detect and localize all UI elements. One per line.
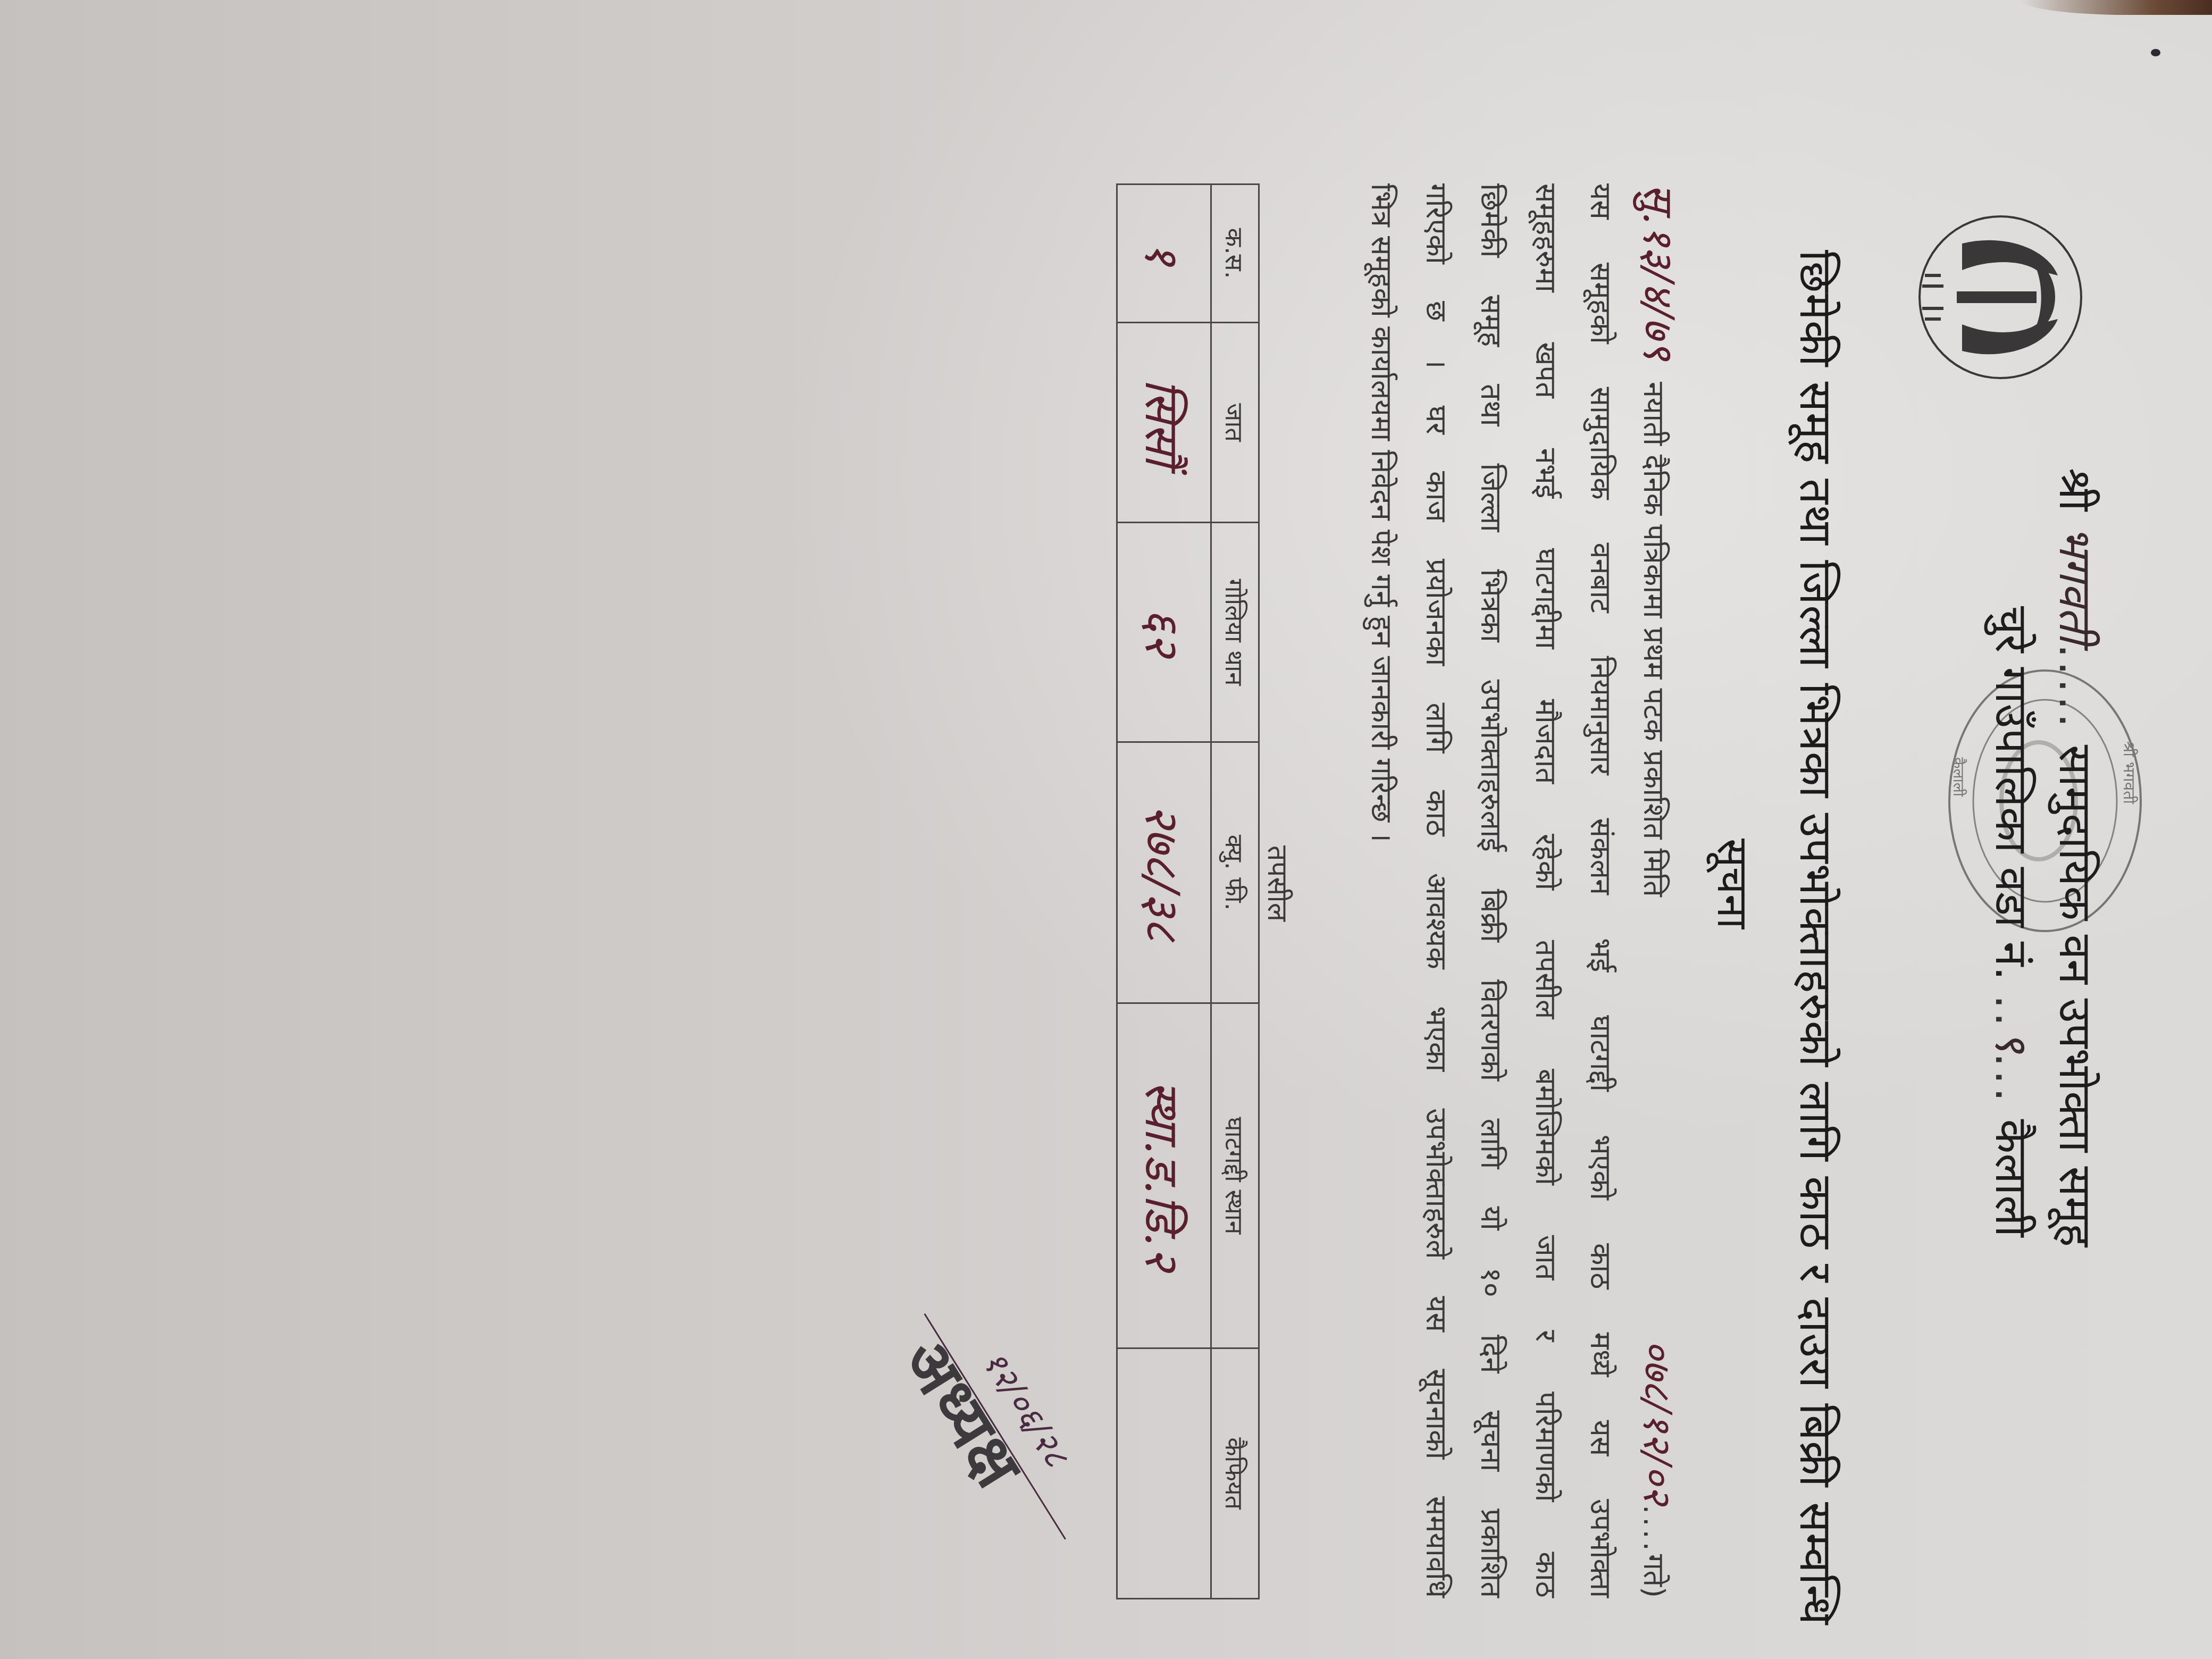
header-district: कैलाली (1985, 1119, 2038, 1237)
header-serial-no: क.स. (1211, 185, 1259, 323)
body-line-6: भित्र समूहको कार्यालयमा निवेदन पेश गर्नु… (1365, 183, 1397, 1598)
body-line-1-end: गते) (1637, 1554, 1671, 1598)
cell-serial-no: १ (1117, 185, 1211, 323)
publish-date-handwritten: ०७८/१२/०२ (1640, 1339, 1674, 1505)
dotted-fill: .... (1637, 1505, 1671, 1554)
svg-text:श्री भगवती: श्री भगवती (2119, 741, 2138, 805)
body-line-4: छिमेकी समूह तथा जिल्ला भित्रका उपभोक्ताह… (1475, 183, 1507, 1598)
cell-species: सिसौं (1117, 323, 1211, 523)
reference-number-handwritten: सु.१३/४/७९ (1641, 183, 1675, 361)
dotted-fill: ..... (2049, 644, 2101, 731)
cell-depot-location: स्था.ड.डि.२ (1117, 1003, 1211, 1348)
header-remarks: कैफियत (1211, 1348, 1259, 1599)
ward-number-handwritten: ९ (1985, 1029, 2038, 1053)
community-forest-emblem-icon (1905, 212, 2095, 383)
header-prefix: श्री (2049, 468, 2101, 511)
body-line-5: गरिएको छ । घर काज प्रयोजनका लागि काठ आवश… (1420, 183, 1452, 1598)
document-title: छिमेकी समूह तथा जिल्ला भित्रका उपभोक्ताह… (1792, 250, 1840, 1625)
header-log-count: गोलिया थान (1211, 523, 1259, 742)
chairperson-signature-block: १२/०६/२८ अध्यक्ष (856, 1313, 1005, 1526)
notice-heading: सूचना (1710, 839, 1755, 929)
dotted-fill: .. (1985, 995, 2038, 1029)
header-species: जात (1211, 323, 1259, 523)
header-line-2: चुरे गाउँपालिका वडा नं. ..९... कैलाली (1989, 606, 2034, 1237)
svg-text:कैलाली: कैलाली (1950, 757, 1967, 797)
table-row: १ सिसौं ६२ २७८/३८ स्था.ड.डि.२ (1117, 185, 1211, 1599)
timber-details-table: क.स. जात गोलिया थान क्यु. फी. घाटगद्दी स… (1116, 183, 1260, 1599)
body-line-2: यस समूहको सामुदायिक वनबाट नियमानुसार संक… (1585, 183, 1616, 1598)
header-cubic-feet: क्यु. फी. (1211, 742, 1259, 1003)
group-name-handwritten: भगवती (2049, 525, 2101, 644)
dotted-fill: ... (1985, 1053, 2038, 1105)
notice-document: श्री भगवती कैलाली श्री भगवती..... सामुदा… (0, 0, 2212, 1659)
table-header-row: क.स. जात गोलिया थान क्यु. फी. घाटगद्दी स… (1211, 185, 1259, 1599)
cell-remarks (1117, 1348, 1211, 1599)
table-caption: तपसील (1262, 845, 1292, 921)
body-line-3: समूहहरुमा खपत नभई घाटगद्दीमा मौजदात रहेक… (1530, 183, 1562, 1598)
header-municipality: चुरे गाउँपालिका वडा नं. (1985, 606, 2038, 981)
round-seal-stamp-icon: श्री भगवती कैलाली (1946, 667, 2145, 935)
header-line-1: श्री भगवती..... सामुदायिक वन उपभोक्ता सम… (2053, 468, 2098, 1247)
body-line-1-text: नयाती दैनिक पत्रिकामा प्रथम पटक प्रकाशित… (1637, 382, 1671, 1340)
cell-cubic-feet: २७८/३८ (1117, 742, 1211, 1003)
header-group-type: सामुदायिक वन उपभोक्ता समूह (2049, 745, 2101, 1247)
header-depot-location: घाटगद्दी स्थान (1211, 1003, 1259, 1348)
cell-log-count: ६२ (1117, 523, 1211, 742)
body-line-1: सु.१३/४/७९ नयाती दैनिक पत्रिकामा प्रथम प… (1637, 183, 1675, 1598)
